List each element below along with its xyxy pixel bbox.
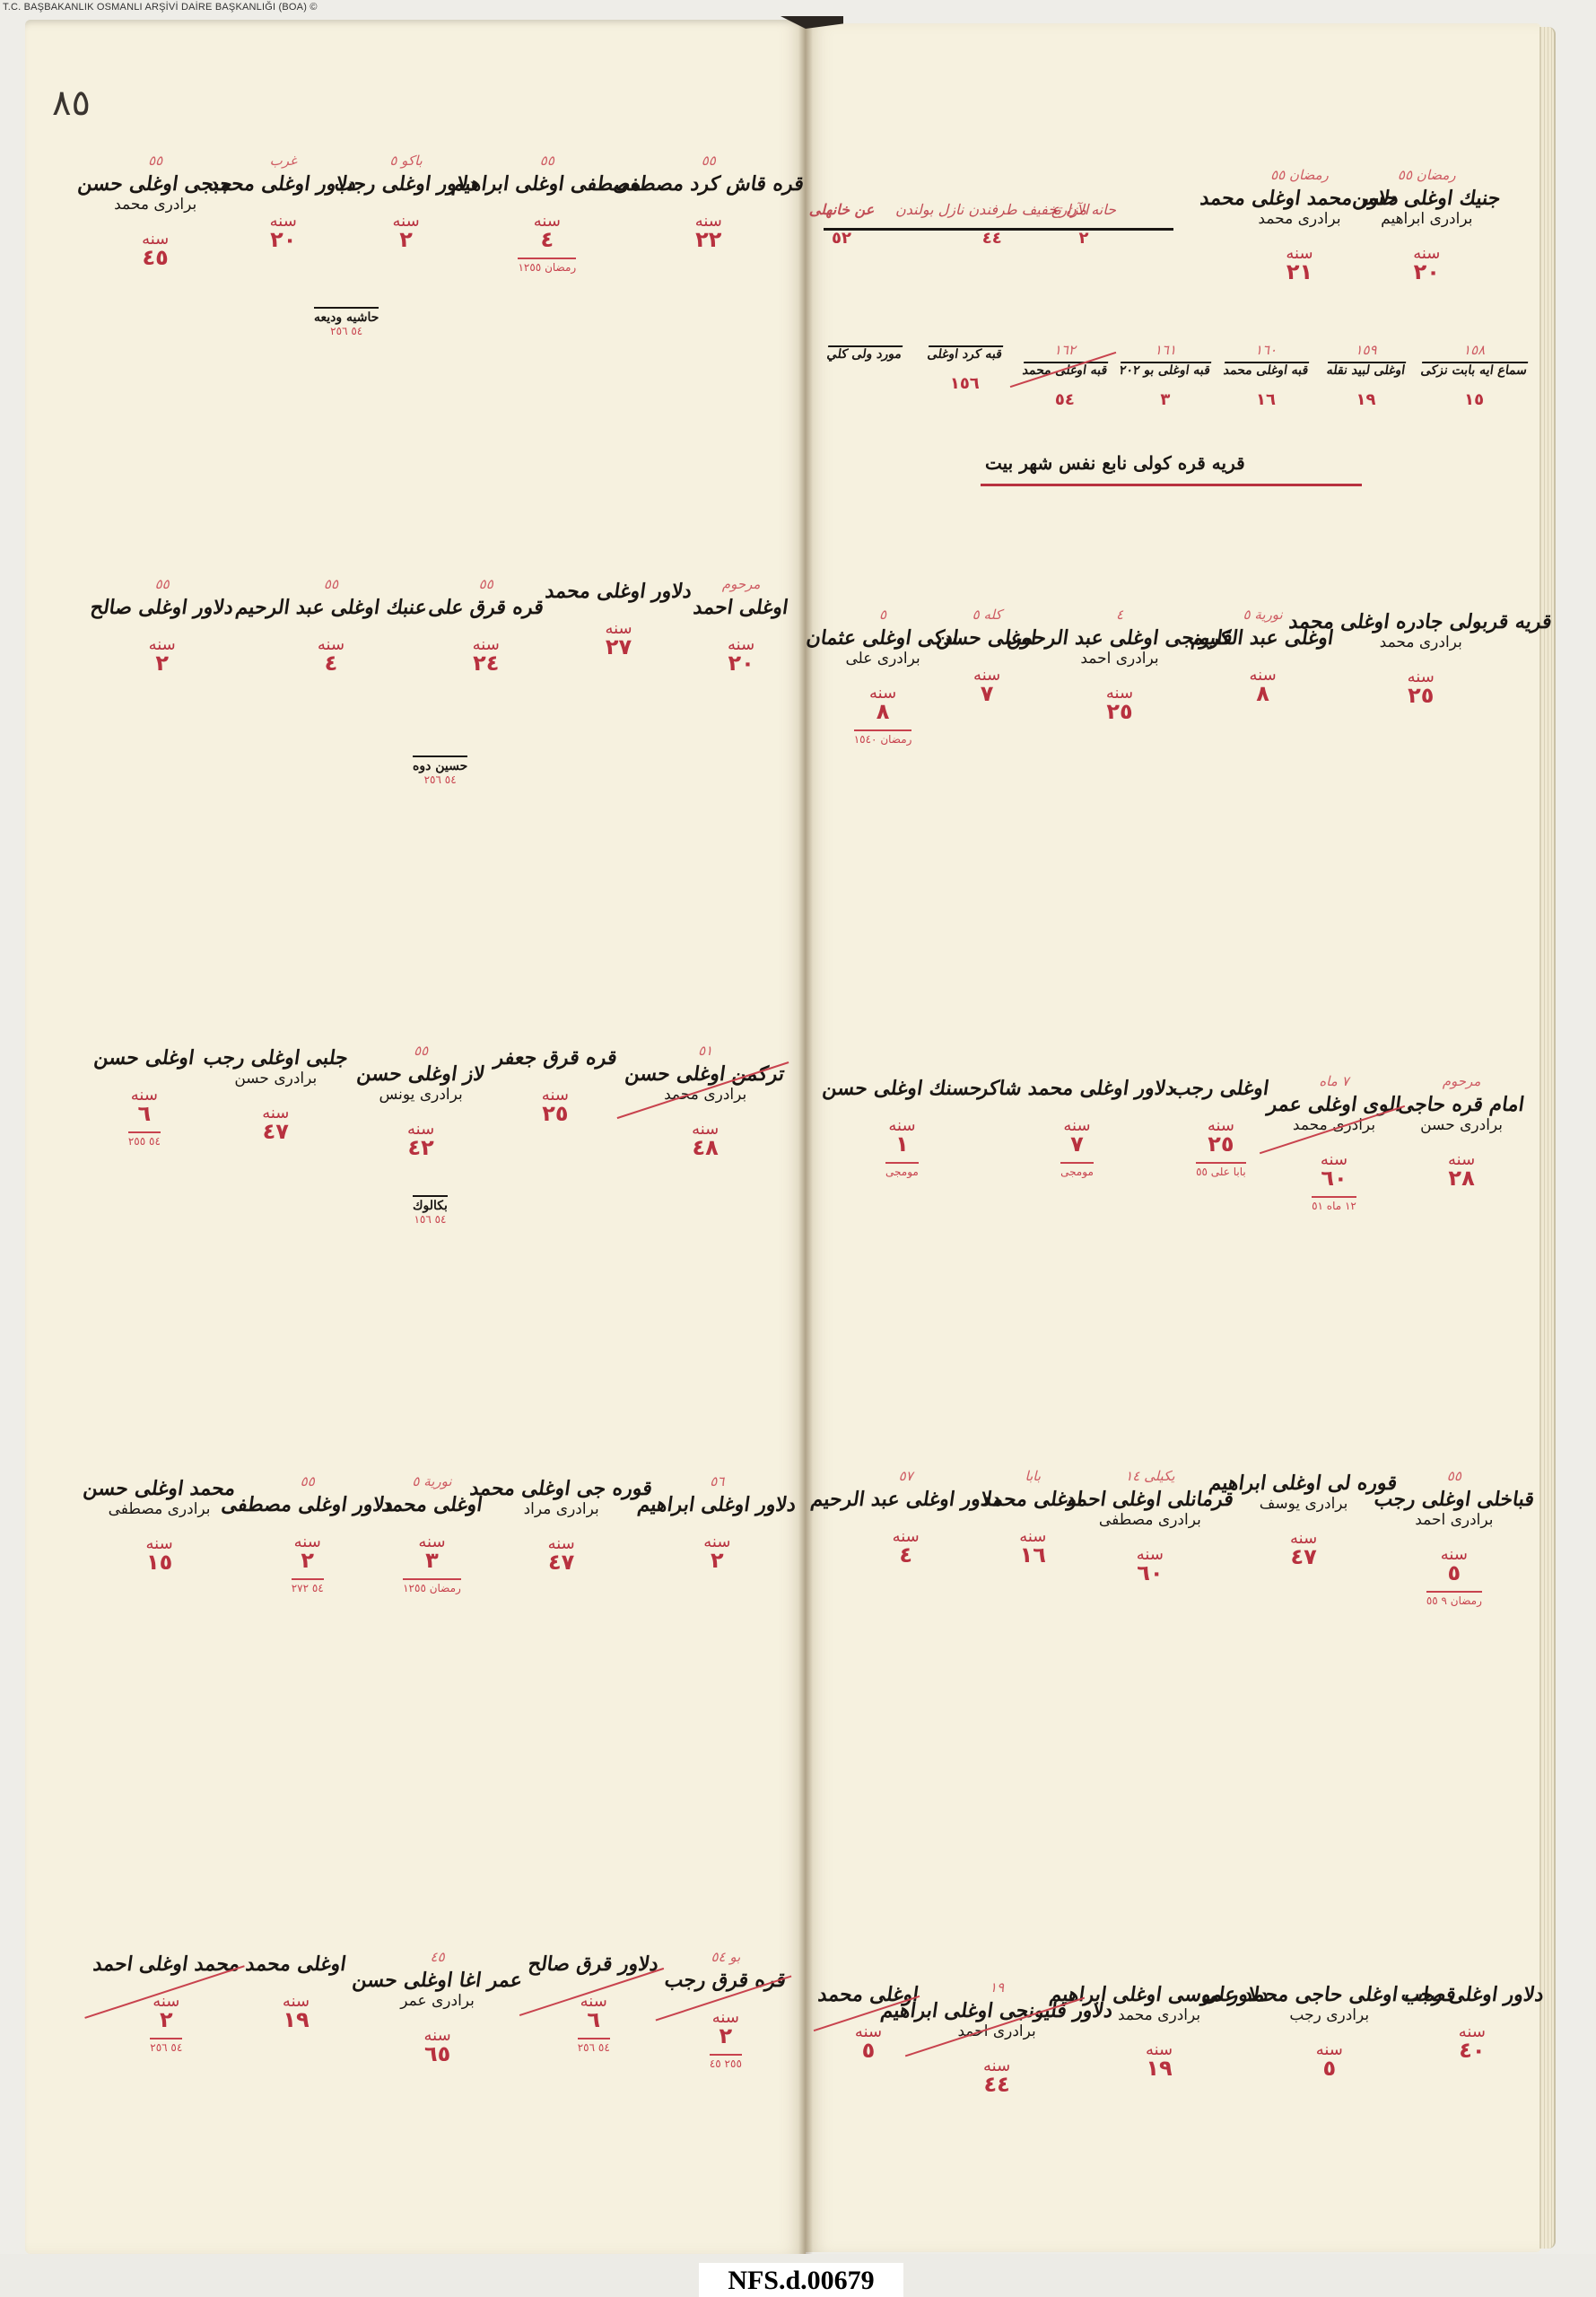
register-entry: كله ٥اوغلى حسنسنه٧ (942, 607, 1032, 706)
entry-name: قره قرق رجب (664, 1969, 789, 1992)
entry-name: دلاور اوغلى عبد الرحيم (809, 1488, 1002, 1511)
register-entry: رمضان ٥٥ دلاور محمد اوغلى محمد برادرى مح… (1200, 167, 1399, 284)
register-entry: ٤٥عمر اغا اوغلى حسنبرادرى عمرسنه٦٥ (353, 1949, 522, 2066)
entry-relative: برادرى محمد (114, 196, 196, 214)
entry-age: ٢ (160, 2007, 173, 2032)
entry-age: ٥٤ (1055, 390, 1075, 409)
register-entry: دلاور اوغلى محمدسنه٢٧ (545, 576, 692, 659)
entry-name: اوغلى احمد (693, 596, 790, 619)
entry-age: ٢٥ (1106, 699, 1132, 724)
entry-age: ٨ (876, 699, 890, 724)
entry-name: دلاور اوغلى صالح (89, 596, 235, 619)
register-entry: مرحومامام قره حاجىبرادرى حسنسنه٢٨ (1400, 1073, 1523, 1191)
entry-age: ٢٠ (1414, 259, 1440, 284)
summary-item: عن خانهلى ٥٢ (797, 201, 886, 248)
entry-annotation: ٢٥٥ ٤٥ (710, 2054, 742, 2070)
entry-name: قبه اوغلى محمد (1222, 362, 1309, 378)
entry-name: جلبى اوغلى رجب (202, 1046, 350, 1070)
register-row: ٥٥قباخلى اوغلى رجببرادرى احمدسنه٥رمضان ٩… (824, 1468, 1523, 1607)
register-entry: حسنك اوغلى حسنسنه١مومجى (824, 1073, 981, 1178)
entry-age: ٢ (155, 651, 169, 676)
register-row: دلاور اوغلى رجبسنه٤٠ قصاب اوغلى حاجى محم… (824, 1979, 1523, 2097)
register-entry: ١٩دلاور قليونجى اوغلى ابراهيمبرادرى احمد… (913, 1979, 1080, 2097)
entry-age: ٢٥ (1408, 683, 1434, 708)
entry-note: ٥٧ (899, 1468, 913, 1484)
section-heading-text: قريه قره كولى نابع نفس شهر بيت (985, 452, 1245, 474)
register-entry: اوغلى رجبسنه٢٥بابا على ٥٥ (1173, 1073, 1269, 1178)
entry-name: دلاور اوغلى محمد شاكر (977, 1077, 1176, 1100)
register-entry: دلاور قرق صالحسنه٦٥٤ ٢٥٦ (528, 1949, 658, 2054)
register-entry: ٥٥دلاور اوغلى صالحسنه٢ (91, 576, 233, 676)
catalog-label: NFS.d.00679 (699, 2263, 903, 2297)
entry-age: ٢٨ (1448, 1166, 1474, 1191)
register-entry: ٥٦دلاور اوغلى ابراهيمسنه٢ (645, 1473, 789, 1573)
entry-name: قليونجى اوغلى عبد الرحمن (1006, 626, 1234, 650)
register-row: ٥٦دلاور اوغلى ابراهيمسنه٢ قوره جى اوغلى … (90, 1473, 789, 1594)
entry-note: ٥٥ (301, 1473, 315, 1489)
entry-note: ٤ (1116, 607, 1123, 623)
entry-annotation: بابا على ٥٥ (1196, 1162, 1246, 1178)
entry-age: ٢ (301, 1548, 314, 1573)
entry-note: ٥٥ (148, 153, 162, 169)
entry-name: قبه اوغلى محمد (1021, 362, 1108, 378)
entry-age: ٢٥ (542, 1101, 568, 1126)
numbered-entry: ١٦١قبه اوغلى بو ٢٠٢٣ (1120, 342, 1210, 409)
entry-note: ٥٥ (540, 153, 554, 169)
numbered-entry: مورد ولى كلي (820, 342, 910, 374)
register-entry: ٤قليونجى اوغلى عبد الرحمنبرادرى احمدسنه٢… (1032, 607, 1208, 724)
entry-name: امام قره حاجى (1397, 1093, 1526, 1116)
register-entry: بو ٥٤قره قرق رجبسنه٢٢٥٥ ٤٥ (665, 1949, 786, 2070)
entry-annotation: ١٢ ماه ٥١ (1312, 1196, 1356, 1212)
entry-age: ٦ (138, 1101, 152, 1126)
entry-name: اوغلى محمد (816, 1983, 920, 2006)
register-entry: ٥١تركمن اوغلى حسنبرادرى محمدسنه٤٨ (625, 1043, 784, 1160)
summary-item: الآن تخفيف طرفندن نازل بولندن ٤٤ (895, 201, 1088, 248)
marginal-note-text: بكالوك (413, 1195, 448, 1213)
register-entry: نورية ٥اوغلى محمدسنه٣رمضان ١٢٥٥ (386, 1473, 477, 1594)
register-entry: ٥٥قباخلى اوغلى رجببرادرى احمدسنه٥رمضان ٩… (1385, 1468, 1523, 1607)
entry-number: ١٦٢ (1054, 342, 1076, 358)
register-entry: ٥٥لاز اوغلى حسنبرادرى يونسسنه٤٢ (357, 1043, 484, 1160)
entry-annotation: ٥٤ ٢٥٥ (128, 1131, 161, 1148)
entry-age: ٤ (541, 227, 554, 252)
entry-name: اوغلى محمد (244, 1952, 347, 1976)
entry-age: ٦٠ (1137, 1560, 1163, 1585)
entry-age: ٢ (711, 1548, 724, 1573)
marginal-note-number: ٥٤ ١٥٦ (414, 1213, 446, 1226)
entry-relative: برادرى حسن (234, 1070, 317, 1087)
register-entry: دلاور موسى اوغلى ابراهيمبرادرى محمدسنه١٩ (1080, 1979, 1238, 2081)
entry-name: دلاور اوغلى محمد (544, 580, 693, 603)
entry-note: بابا (1025, 1468, 1042, 1484)
numbered-entry: ١٥٨سماع ايه بابت نزكى١٥ (1421, 342, 1527, 409)
marginal-note: حاشيه وديعه ٥٤ ٢٥٦ (314, 307, 379, 337)
register-entry: قوره لى اوغلى ابراهيمبرادرى يوسفسنه٤٧ (1222, 1468, 1384, 1569)
entry-name: دلاور اوغلى مصطفى (220, 1493, 395, 1516)
entry-age: ٤ (325, 651, 338, 676)
numbered-entry: ١٦٢قبه اوغلى محمد٥٤ (1020, 342, 1110, 409)
register-entry: محمد اوغلى احمدسنه٢٥٤ ٢٥٦ (93, 1949, 240, 2054)
entry-name: قره قرق على (427, 596, 545, 619)
entry-note: ٥٥ (1447, 1468, 1461, 1484)
entry-note: غرب (270, 153, 297, 169)
marginal-note: بكالوك ٥٤ ١٥٦ (413, 1195, 448, 1226)
entry-note: مرحوم (1443, 1073, 1481, 1089)
entry-note: ٥١ (698, 1043, 712, 1059)
entry-age: ٢٢ (695, 227, 721, 252)
entry-age: ٣ (425, 1548, 439, 1573)
entry-note: ٥ (879, 607, 886, 623)
entry-age: ٧ (981, 681, 994, 706)
register-entry: ٥٥قره قاش كرد مصطفىسنه٢٢ (628, 153, 789, 252)
register-row: بو ٥٤قره قرق رجبسنه٢٢٥٥ ٤٥ دلاور قرق صال… (90, 1949, 789, 2070)
entry-age: ١٩ (1356, 390, 1376, 409)
entry-age: ١٩ (283, 2007, 309, 2032)
entry-note: ٥٦ (710, 1473, 724, 1489)
entry-age: ١٦ (1020, 1542, 1046, 1568)
entry-age: ٦ (587, 2007, 600, 2032)
entry-age: ٤٠ (1459, 2038, 1485, 2063)
entry-name: الوى اوغلى عمر (1266, 1093, 1402, 1116)
entry-annotation: ٥٤ ٢٥٦ (578, 2038, 610, 2054)
register-entry: ٥٥مصطفى اوغلى ابراهيمسنه٤رمضان ١٢٥٥ (467, 153, 628, 274)
register-entry: اوغلى محمدسنه٥ (824, 1979, 913, 2063)
entry-age: ٤٧ (263, 1119, 289, 1144)
entry-age: ٦٠ (1321, 1166, 1347, 1191)
numbered-entry: قبه كرد اوغلى١٥٦ (920, 342, 1009, 393)
page-edges (1539, 27, 1556, 2249)
numbered-entry: ١٦٠قبه اوغلى محمد١٦ (1221, 342, 1311, 409)
entry-note: ١٩ (990, 1979, 1004, 1996)
entry-relative: برادرى حسن (1420, 1116, 1503, 1134)
entry-number: ١٦٠ (1255, 342, 1277, 358)
entry-name: مصطفى اوغلى ابراهيم (451, 172, 644, 196)
entry-age: ١٥ (146, 1550, 172, 1575)
entry-name: قوره لى اوغلى ابراهيم (1208, 1472, 1400, 1495)
register-entry: غربدلاور اوغلى محمدسنه٢٠ (221, 153, 345, 252)
entry-name: قبه اوغلى بو ٢٠٢ (1119, 362, 1212, 378)
entry-note: نورية ٥ (1243, 607, 1283, 623)
entry-annotation: ٥٤ ٢٧٢ (292, 1578, 324, 1594)
entry-note: ٥٥ (414, 1043, 428, 1059)
entry-annotation: مومجى (1060, 1162, 1094, 1178)
marginal-note-text: حاشيه وديعه (314, 307, 379, 325)
register-row: ٥١تركمن اوغلى حسنبرادرى محمدسنه٤٨ قره قر… (90, 1043, 789, 1160)
marginal-note-number: ٥٤ ٢٥٦ (330, 325, 362, 337)
left-page-content: ٥٥قره قاش كرد مصطفىسنه٢٢ ٥٥مصطفى اوغلى ا… (90, 20, 789, 2254)
register-row: مرحوماوغلى احمدسنه٢٠ دلاور اوغلى محمدسنه… (90, 576, 789, 676)
entry-name: محمد اوغلى حسن (82, 1477, 237, 1500)
marginal-note-number: ٥٤ ٢٥٦ (424, 773, 457, 786)
summary-text: عن خانهلى (809, 201, 875, 218)
register-entry: جلبى اوغلى رجببرادرى حسنسنه٤٧ (204, 1043, 348, 1144)
entry-age: ٤٥ (143, 245, 169, 270)
entry-age: ١٦ (1256, 390, 1276, 409)
entry-name: سماع ايه بابت نزكى (1420, 362, 1529, 378)
marginal-note-text: حسين دوه (413, 755, 467, 773)
entry-relative: برادرى مصطفى (109, 1500, 211, 1518)
entry-age: ٨ (1256, 681, 1269, 706)
entry-note: ٧ ماه (1319, 1073, 1348, 1089)
entry-age: ٤ (899, 1542, 912, 1568)
entry-annotation: رمضان ١٢٥٥ (518, 258, 576, 274)
entry-relative: برادرى محمد (1293, 1116, 1375, 1134)
register-row: ٥٥قره قاش كرد مصطفىسنه٢٢ ٥٥مصطفى اوغلى ا… (90, 153, 789, 274)
register-entry: ٥٥قره قرق علىسنه٢٤ (429, 576, 544, 676)
entry-age: ٤٤ (983, 2072, 1009, 2097)
register-entry: قوره جى اوغلى محمدبرادرى مرادسنه٤٧ (478, 1473, 645, 1575)
entry-age: ٥ (1322, 2056, 1336, 2081)
summary-number: ٤٤ (982, 229, 1002, 248)
numbered-entries-row: ١٥٨سماع ايه بابت نزكى١٥ ١٥٩اوغلى لبيد نق… (815, 342, 1532, 409)
entry-number: ١٦١ (1155, 342, 1176, 358)
entry-note: ٥٥ (479, 576, 493, 592)
entry-age: ٥ (1448, 1560, 1461, 1585)
register-entry: بابااوغلى محمدسنه١٦ (988, 1468, 1077, 1568)
entry-note: ٥٥ (155, 576, 170, 592)
entry-relative: برادرى مصطفى (1099, 1511, 1201, 1529)
entry-name: قوره جى اوغلى محمد (468, 1477, 654, 1500)
entry-name: قرمانلى اوغلى احمد (1065, 1488, 1235, 1511)
register-row: مرحومامام قره حاجىبرادرى حسنسنه٢٨ ٧ ماها… (824, 1073, 1523, 1212)
entry-age: ١ (895, 1131, 909, 1157)
entry-relative: برادرى على (845, 650, 920, 668)
entry-note: نورية ٥ (412, 1473, 451, 1489)
entry-name: دلاور محمد اوغلى محمد (1199, 187, 1400, 210)
entry-annotation: مومجى (885, 1162, 919, 1178)
entry-annotation: رمضان ١٥٤٠ (854, 729, 912, 746)
entry-age: ٢٠ (728, 651, 754, 676)
entry-name: جبجى اوغلى حسن (76, 172, 234, 196)
entry-note: ٥٥ (702, 153, 716, 169)
entry-relative: برادرى محمد (664, 1086, 746, 1104)
entry-age: ١٥ (1464, 390, 1484, 409)
register-entry: مرحوماوغلى احمدسنه٢٠ (693, 576, 789, 676)
entry-name: دلاور اوغلى ابراهيم (636, 1493, 798, 1516)
entry-relative: برادرى محمد (1380, 633, 1462, 651)
entry-relative: برادرى احمد (1080, 650, 1158, 668)
entry-name: قره قرق جعفر (493, 1046, 618, 1070)
entry-name: قبه كرد اوغلى (927, 345, 1004, 362)
entry-age: ٢ (399, 227, 413, 252)
entry-name: حسنك اوغلى حسن (821, 1077, 983, 1100)
register-entry: ٥٥دلاور اوغلى مصطفىسنه٢٥٤ ٢٧٢ (229, 1473, 386, 1594)
entry-note: باكو ٥ (389, 153, 422, 169)
entry-age: ٧ (1070, 1131, 1084, 1157)
entry-name: ادكى اوغلى عثمان (806, 626, 961, 650)
entry-age: ٢٧ (606, 634, 632, 659)
entry-age: ٤٨ (693, 1135, 719, 1160)
register-entry: ٥٥عنبك اوغلى عبد الرحيمسنه٤ (236, 576, 427, 676)
entry-relative: برادرى رجب (1289, 2006, 1369, 2024)
entry-annotation: ٥٤ ٢٥٦ (150, 2038, 182, 2054)
entry-age: ١٩ (1146, 2056, 1172, 2081)
register-entry: ٧ ماهالوى اوغلى عمربرادرى محمدسنه٦٠١٢ ما… (1269, 1073, 1400, 1212)
entry-note: ٤٥ (431, 1949, 445, 1965)
register-entry: قريه قربولى جادره اوغلى محمدبرادرى محمدس… (1318, 607, 1523, 708)
entry-name: لاز اوغلى حسن (355, 1062, 486, 1086)
register-entry: ٥٧دلاور اوغلى عبد الرحيمسنه٤ (824, 1468, 988, 1568)
entry-age: ٥ (862, 2038, 876, 2063)
entry-note: بو ٥٤ (711, 1949, 740, 1965)
entry-note: رمضان ٥٥ (1398, 167, 1456, 183)
right-page-content: رمضان ٥٥ جنيك اوغلى حسن برادرى ابراهيم س… (806, 23, 1541, 2252)
register-entry: باكو ٥دلاور اوغلى رجبسنه٢ (345, 153, 467, 252)
entry-relative: برادرى يونس (379, 1086, 463, 1104)
entry-relative: برادرى مراد (524, 1500, 599, 1518)
entry-age: ٢ (720, 2023, 733, 2048)
entry-name: اوغلى رجب (1171, 1077, 1270, 1100)
register-entry: يكيلى ١٤قرمانلى اوغلى احمدبرادرى مصطفىسن… (1077, 1468, 1222, 1585)
entry-name: اوغلى لبيد نقله (1326, 362, 1407, 378)
entry-name: تركمن اوغلى حسن (624, 1062, 787, 1086)
archive-copyright: T.C. BAŞBAKANLIK OSMANLI ARŞİVİ DAİRE BA… (3, 2, 318, 13)
entry-note: كله ٥ (972, 607, 1002, 623)
register-entry: قره قرق جعفرسنه٢٥ (494, 1043, 617, 1126)
entry-age: ٤٧ (1290, 1544, 1316, 1569)
entry-name: دلاور قرق صالح (527, 1952, 660, 1976)
register-entry: محمد اوغلى حسنبرادرى مصطفىسنه١٥ (90, 1473, 229, 1575)
entry-note: رمضان ٥٥ (1270, 167, 1329, 183)
entry-age: ٢١ (1286, 259, 1313, 284)
entry-note: يكيلى ١٤ (1125, 1468, 1174, 1484)
entry-note: ٥٥ (324, 576, 338, 592)
register-row: قريه قربولى جادره اوغلى محمدبرادرى محمدس… (824, 607, 1523, 746)
register-entry: اوغلى محمدسنه١٩ (246, 1949, 346, 2032)
entry-note: مرحوم (722, 576, 761, 592)
entry-annotation: رمضان ١٢٥٥ (403, 1578, 461, 1594)
folio-number: ٨٥ (52, 83, 91, 124)
register-entry: ٥٥جبجى اوغلى حسنبرادرى محمدسنه٤٥ (90, 153, 221, 270)
entry-relative: برادرى احمد (1415, 1511, 1493, 1529)
entry-relative: برادرى محمد (1258, 210, 1340, 228)
entry-name: عنبك اوغلى عبد الرحيم (234, 596, 429, 619)
marginal-note: حسين دوه ٥٤ ٢٥٦ (413, 755, 467, 786)
summary-text: الآن تخفيف طرفندن نازل بولندن (895, 201, 1088, 218)
entry-name: محمد اوغلى احمد (92, 1952, 241, 1976)
section-heading: قريه قره كولى نابع نفس شهر بيت (985, 452, 1245, 474)
entry-number: ١٥٩ (1355, 342, 1376, 358)
register-entry: دلاور اوغلى محمد شاكرسنه٧مومجى (981, 1073, 1173, 1178)
summary-number: ٥٢ (832, 229, 851, 248)
entry-relative: برادرى يوسف (1260, 1495, 1348, 1513)
entry-number: ١٥٨ (1463, 342, 1485, 358)
entry-name: قباخلى اوغلى رجب (1373, 1488, 1536, 1511)
register-entry: ٥ادكى اوغلى عثمانبرادرى علىسنه٨رمضان ١٥٤… (824, 607, 942, 746)
entry-age: ٣ (1160, 390, 1170, 409)
entry-age: ٦٥ (424, 2041, 450, 2066)
entry-age: ٤٢ (407, 1135, 433, 1160)
entry-name: اوغلى حسن (92, 1046, 196, 1070)
entry-age: ١٥٦ (950, 374, 980, 393)
entry-relative: برادرى محمد (1118, 2006, 1200, 2024)
entry-relative: برادرى عمر (400, 1992, 475, 2010)
entry-age: ٢٠ (270, 227, 296, 252)
entry-name: اوغلى محمد (380, 1493, 484, 1516)
entry-age: ٢٤ (473, 651, 499, 676)
numbered-entry: ١٥٩اوغلى لبيد نقله١٩ (1321, 342, 1411, 409)
section-heading-rule (981, 484, 1362, 486)
register-entry: اوغلى حسنسنه٦٥٤ ٢٥٥ (94, 1043, 195, 1148)
entry-name: عمر اغا اوغلى حسن (351, 1969, 524, 1992)
entry-relative: برادرى احمد (957, 2022, 1035, 2040)
entry-age: ٤٧ (548, 1550, 574, 1575)
entry-name: مورد ولى كلي (826, 345, 903, 362)
entry-annotation: رمضان ٩ ٥٥ (1426, 1591, 1482, 1607)
entry-age: ٢٥ (1208, 1131, 1234, 1157)
